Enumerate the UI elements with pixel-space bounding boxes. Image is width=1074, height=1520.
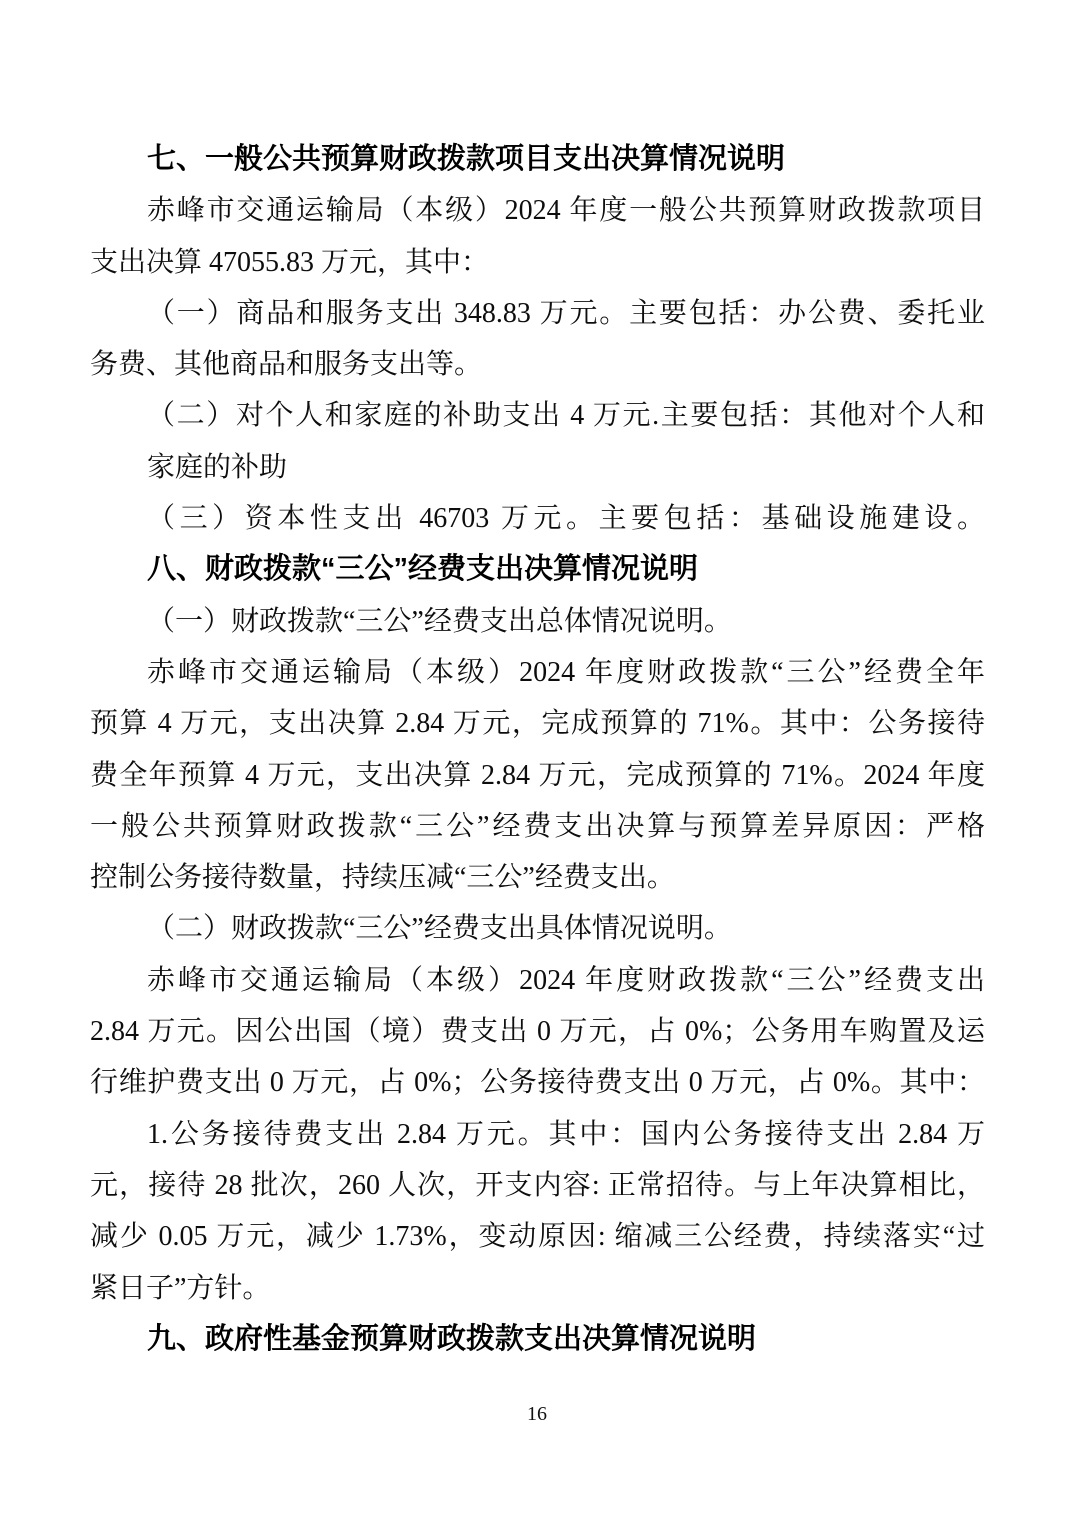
text-line: 控制公务接待数量，持续压减“三公”经费支出。 [90, 852, 985, 903]
section-heading-8: 八、财政拨款“三公”经费支出决算情况说明 [90, 544, 985, 595]
text-line: 预算 4 万元，支出决算 2.84 万元，完成预算的 71%。其中：公务接待 [90, 698, 985, 749]
text-line: 赤峰市交通运输局（本级）2024 年度财政拨款“三公”经费支出 [90, 955, 985, 1006]
text-line: （一）商品和服务支出 348.83 万元。主要包括：办公费、委托业 [90, 288, 985, 339]
text-line: 费全年预算 4 万元，支出决算 2.84 万元，完成预算的 71%。2024 年… [90, 750, 985, 801]
text-line: 紧日子”方针。 [90, 1263, 985, 1314]
text-line: 行维护费支出 0 万元，占 0%；公务接待费支出 0 万元，占 0%。其中： [90, 1057, 985, 1108]
text-line: （二）对个人和家庭的补助支出 4 万元.主要包括：其他对个人和 [90, 390, 985, 441]
document-page: 七、一般公共预算财政拨款项目支出决算情况说明 赤峰市交通运输局（本级）2024 … [0, 0, 1074, 1520]
text-line: （一）财政拨款“三公”经费支出总体情况说明。 [90, 596, 985, 647]
text-line: 一般公共预算财政拨款“三公”经费支出决算与预算差异原因：严格 [90, 801, 985, 852]
text-line: 2.84 万元。因公出国（境）费支出 0 万元，占 0%；公务用车购置及运 [90, 1006, 985, 1057]
text-line: 支出决算 47055.83 万元，其中： [90, 237, 985, 288]
text-line: 务费、其他商品和服务支出等。 [90, 339, 985, 390]
section-heading-9: 九、政府性基金预算财政拨款支出决算情况说明 [90, 1314, 985, 1365]
document-body: 七、一般公共预算财政拨款项目支出决算情况说明 赤峰市交通运输局（本级）2024 … [90, 134, 985, 1365]
text-line: （三）资本性支出 46703 万元。主要包括：基础设施建设。 [90, 493, 985, 544]
text-line: 赤峰市交通运输局（本级）2024 年度财政拨款“三公”经费全年 [90, 647, 985, 698]
section-heading-7: 七、一般公共预算财政拨款项目支出决算情况说明 [90, 134, 985, 185]
text-line: （二）财政拨款“三公”经费支出具体情况说明。 [90, 903, 985, 954]
text-line: 1.公务接待费支出 2.84 万元。其中：国内公务接待支出 2.84 万 [90, 1109, 985, 1160]
text-line: 元，接待 28 批次，260 人次，开支内容: 正常招待。与上年决算相比， [90, 1160, 985, 1211]
page-number: 16 [0, 1403, 1074, 1426]
text-line: 减少 0.05 万元，减少 1.73%，变动原因: 缩减三公经费，持续落实“过 [90, 1211, 985, 1262]
text-line: 赤峰市交通运输局（本级）2024 年度一般公共预算财政拨款项目 [90, 185, 985, 236]
text-line: 家庭的补助 [90, 442, 985, 493]
